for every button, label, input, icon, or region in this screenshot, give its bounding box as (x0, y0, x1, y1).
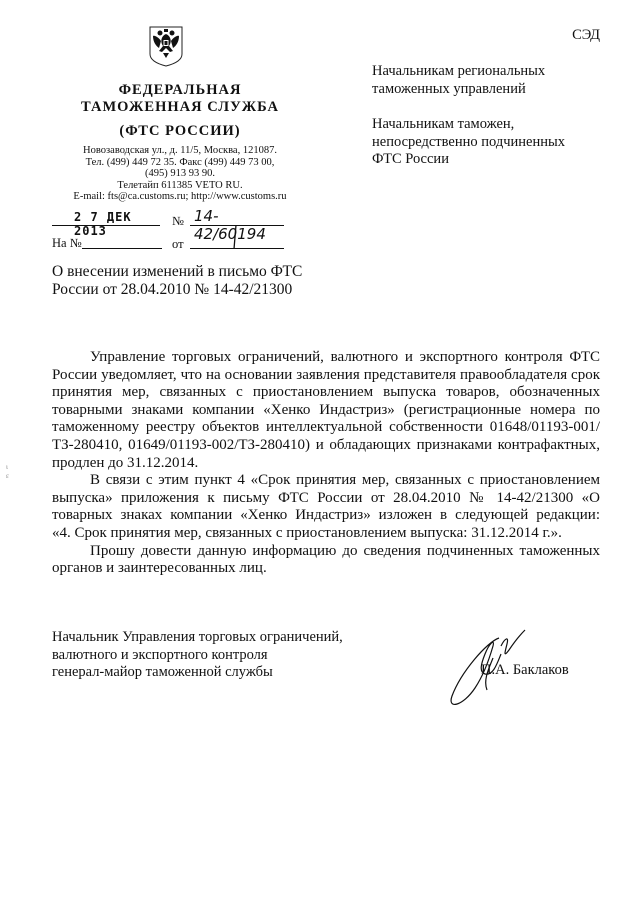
coat-of-arms-emblem-icon (147, 24, 185, 68)
date-field: 2 7 ДЕК 2013 (52, 211, 160, 226)
pen-stroke-icon (232, 224, 238, 250)
phone-line-2: (495) 913 93 90. (52, 168, 308, 180)
from-label: от (172, 237, 184, 252)
signatory-title: Начальник Управления торговых ограничени… (52, 629, 343, 682)
from-date-field (190, 234, 284, 249)
teletype-line: Телетайп 611385 VETO RU. (52, 180, 308, 192)
addressee-customs: Начальникам таможен, непосредственно под… (372, 116, 565, 169)
org-name-line2: ТАМОЖЕННАЯ СЛУЖБА (52, 99, 308, 116)
body-paragraph-2: В связи с этим пункт 4 «Срок принятия ме… (52, 472, 600, 525)
ref-label: На № (52, 236, 82, 251)
address-line: Новозаводская ул., д. 11/5, Москва, 1210… (52, 145, 308, 157)
signatory-name: П.А. Баклаков (481, 662, 569, 679)
letter-body: Управление торговых ограничений, валютно… (52, 349, 600, 578)
ref-number-field (82, 234, 162, 249)
body-paragraph-4: Прошу довести данную информацию до сведе… (52, 543, 600, 578)
addressee-regional: Начальникам региональных таможенных упра… (372, 63, 545, 98)
body-paragraph-1: Управление торговых ограничений, валютно… (52, 349, 600, 472)
number-label: № (172, 214, 184, 229)
email-web-line: E-mail: fts@ca.customs.ru; http://www.cu… (52, 191, 308, 203)
margin-marks: ι ε (6, 463, 9, 481)
phone-line: Тел. (499) 449 72 35. Факс (499) 449 73 … (52, 157, 308, 169)
sed-marker: СЭД (572, 27, 600, 44)
address-block: Новозаводская ул., д. 11/5, Москва, 1210… (52, 145, 308, 203)
org-abbreviation: (ФТС РОССИИ) (52, 123, 308, 140)
letter-subject: О внесении изменений в письмо ФТС России… (52, 263, 302, 299)
body-paragraph-3: «4. Срок принятия мер, связанных с приос… (52, 525, 600, 543)
org-name-line1: ФЕДЕРАЛЬНАЯ (52, 82, 308, 99)
